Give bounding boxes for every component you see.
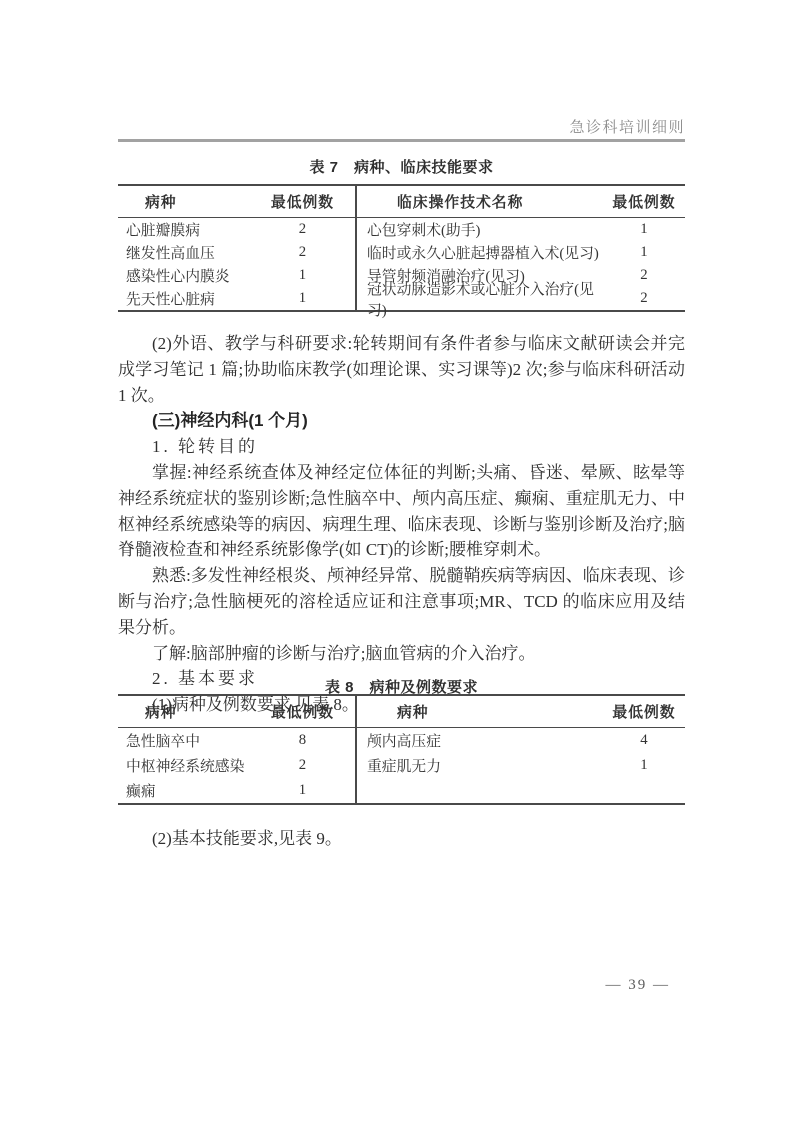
min-cases-cell: 2	[248, 757, 357, 774]
disease-cell: 心脏瓣膜病	[118, 219, 248, 240]
header-min-cases: 最低例数	[248, 701, 357, 722]
table7-column-divider	[355, 186, 357, 310]
header-procedure: 临床操作技术名称	[357, 191, 603, 212]
document-page: 急诊科培训细则 表 7 病种、临床技能要求 病种 最低例数 临床操作技术名称 最…	[0, 0, 800, 1131]
body-text: (2)外语、教学与科研要求:轮转期间有条件者参与临床文献研读会并完成学习笔记 1…	[118, 331, 685, 718]
disease-cell: 重症肌无力	[357, 755, 603, 776]
min-cases-cell: 1	[603, 757, 685, 774]
min-cases-cell: 2	[603, 267, 685, 284]
table-row: 癫痫 1	[118, 778, 685, 803]
para-familiar: 熟悉:多发性神经根炎、颅神经异常、脱髓鞘疾病等病因、临床表现、诊断与治疗;急性脑…	[118, 563, 685, 640]
min-cases-cell: 4	[603, 732, 685, 749]
table-row: 急性脑卒中 8 颅内高压症 4	[118, 728, 685, 753]
page-number: — 39 —	[118, 977, 670, 994]
min-cases-cell: 1	[248, 782, 357, 799]
min-cases-cell: 2	[248, 244, 357, 261]
disease-cell: 颅内高压症	[357, 730, 603, 751]
min-cases-cell: 1	[248, 267, 357, 284]
procedure-cell: 冠状动脉造影术或心脏介入治疗(见习)	[357, 278, 603, 320]
min-cases-cell: 2	[248, 221, 357, 238]
header-rule	[118, 139, 685, 142]
para-master: 掌握:神经系统查体及神经定位体征的判断;头痛、昏迷、晕厥、眩晕等神经系统症状的鉴…	[118, 460, 685, 563]
header-disease: 病种	[357, 701, 603, 722]
table-row: 继发性高血压 2 临时或永久心脏起搏器植入术(见习) 1	[118, 241, 685, 264]
min-cases-cell: 2	[603, 290, 685, 307]
disease-cell: 感染性心内膜炎	[118, 265, 248, 286]
disease-cell: 继发性高血压	[118, 242, 248, 263]
table8: 病种 最低例数 病种 最低例数 急性脑卒中 8 颅内高压症 4 中枢神经系统感染…	[118, 694, 685, 805]
min-cases-cell: 1	[248, 290, 357, 307]
table8-header-row: 病种 最低例数 病种 最低例数	[118, 696, 685, 728]
para-foreign-teaching: (2)外语、教学与科研要求:轮转期间有条件者参与临床文献研读会并完成学习笔记 1…	[118, 331, 685, 408]
table-row: 中枢神经系统感染 2 重症肌无力 1	[118, 753, 685, 778]
heading-neurology: (三)神经内科(1 个月)	[118, 408, 685, 434]
header-min-cases: 最低例数	[603, 701, 685, 722]
para-skill-req: (2)基本技能要求,见表 9。	[118, 826, 685, 852]
table8-column-divider	[355, 696, 357, 803]
table7-title: 表 7 病种、临床技能要求	[118, 156, 685, 177]
table-row: 先天性心脏病 1 冠状动脉造影术或心脏介入治疗(见习) 2	[118, 287, 685, 310]
header-min-cases: 最低例数	[248, 191, 357, 212]
header-disease: 病种	[118, 701, 248, 722]
min-cases-cell: 1	[603, 244, 685, 261]
header-min-cases: 最低例数	[603, 191, 685, 212]
disease-cell: 急性脑卒中	[118, 730, 248, 751]
procedure-cell: 临时或永久心脏起搏器植入术(见习)	[357, 242, 603, 263]
header-disease: 病种	[118, 191, 248, 212]
min-cases-cell: 1	[603, 221, 685, 238]
disease-cell: 中枢神经系统感染	[118, 755, 248, 776]
disease-cell: 先天性心脏病	[118, 288, 248, 309]
table7-header-row: 病种 最低例数 临床操作技术名称 最低例数	[118, 186, 685, 218]
disease-cell: 癫痫	[118, 780, 248, 801]
para-understand: 了解:脑部肿瘤的诊断与治疗;脑血管病的介入治疗。	[118, 641, 685, 667]
item-rotation-purpose: 1. 轮转目的	[118, 434, 685, 460]
procedure-cell: 心包穿刺术(助手)	[357, 219, 603, 240]
min-cases-cell: 8	[248, 732, 357, 749]
table7: 病种 最低例数 临床操作技术名称 最低例数 心脏瓣膜病 2 心包穿刺术(助手) …	[118, 184, 685, 312]
running-head: 急诊科培训细则	[118, 116, 685, 137]
table-row: 心脏瓣膜病 2 心包穿刺术(助手) 1	[118, 218, 685, 241]
